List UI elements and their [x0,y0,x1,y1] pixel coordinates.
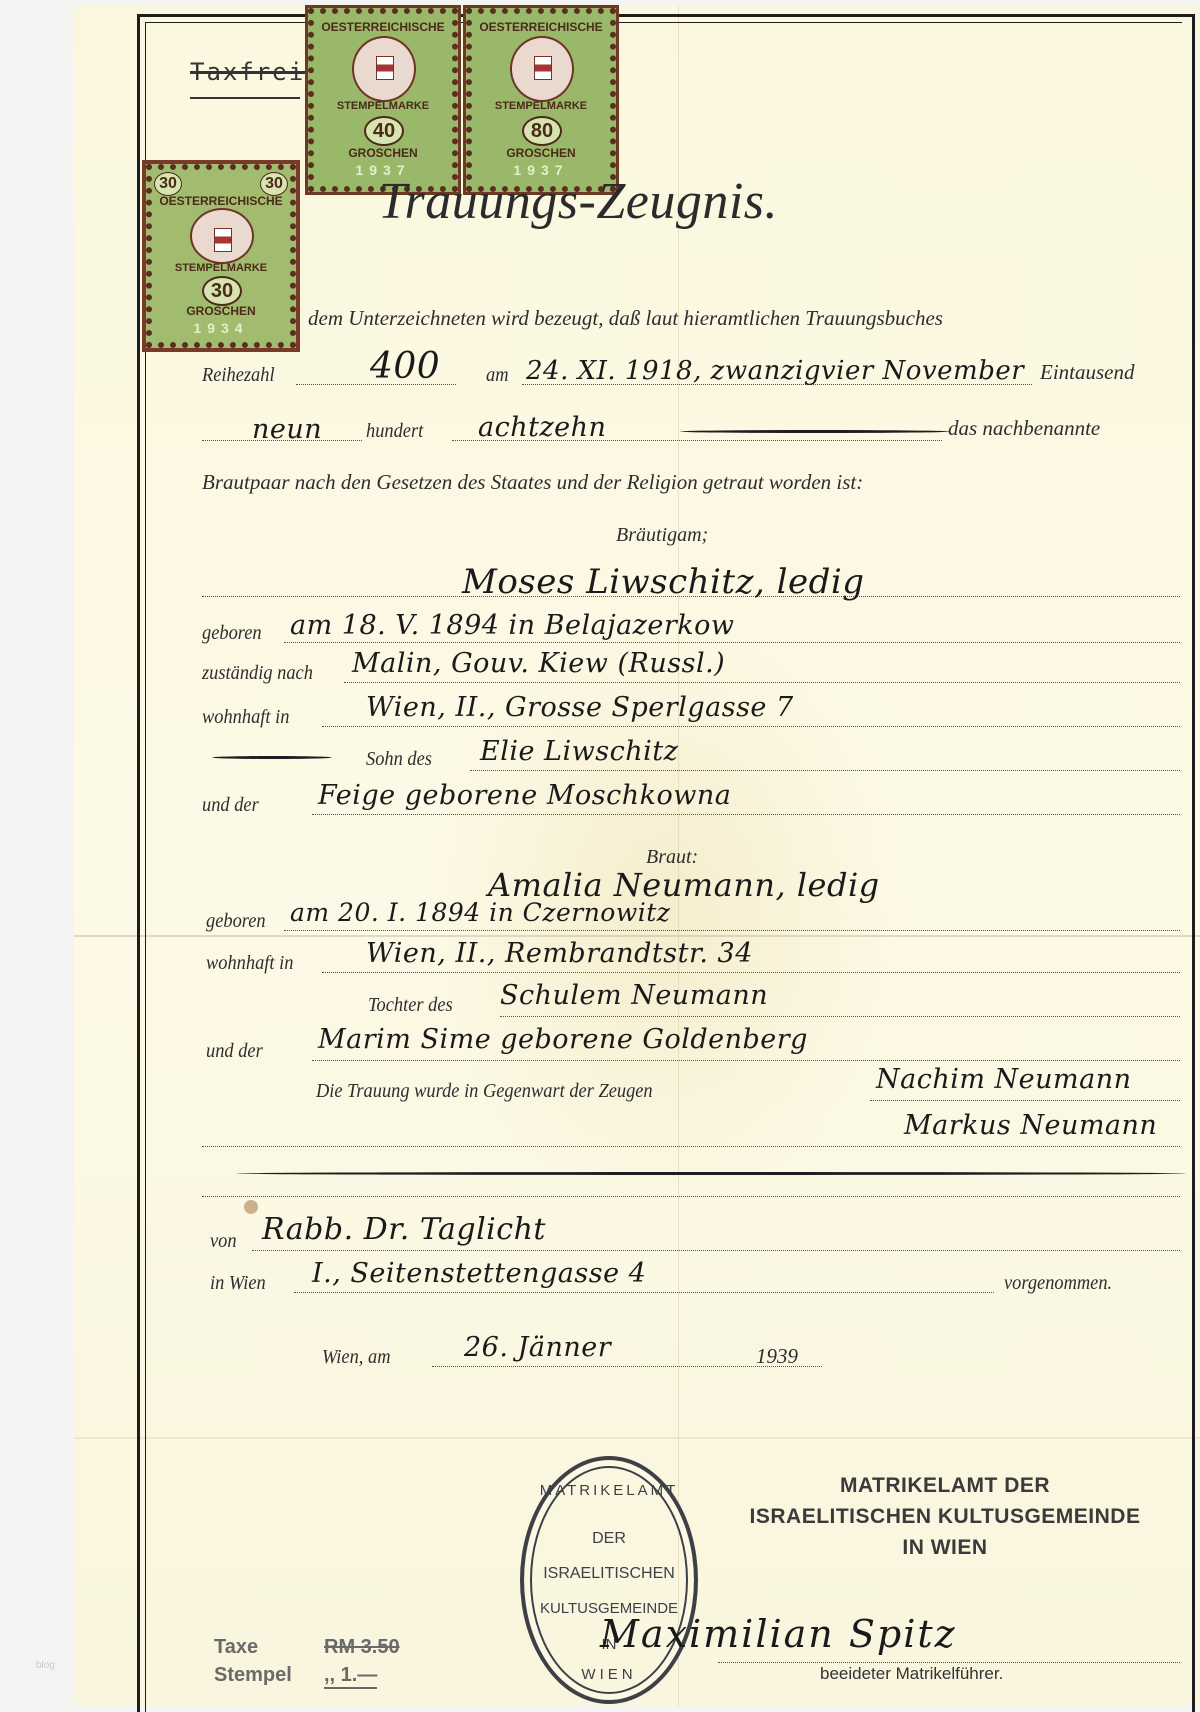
am-label: am [486,364,508,387]
watermark: blog [36,1660,55,1671]
eagle-crest-icon [510,36,574,102]
signature-line [718,1662,1180,1663]
groom-residence-label: wohnhaft in [202,706,289,729]
vorgenommen-label: vorgenommen. [1004,1272,1112,1295]
groom-mother-value: Feige geborene Moschkowna [318,780,731,811]
dotted-line [322,726,1180,727]
fee-taxe-value: RM 3.50 [324,1636,400,1659]
groom-domicile-label: zuständig nach [202,662,313,685]
stamp-value: 30 [202,276,242,306]
dotted-line [344,682,1180,683]
place-value: I., Seitenstettengasse 4 [312,1258,646,1289]
office-line: ISRAELITISCHEN KULTUSGEMEINDE [710,1501,1180,1532]
intro-text: dem Unterzeichneten wird bezeugt, daß la… [308,306,943,331]
groom-mother-label: und der [202,794,259,817]
stamp-value: 40 [364,116,404,146]
seal-line: DER [524,1530,694,1548]
eintausend-label: Eintausend [1040,360,1135,385]
stamp-label: STEMPELMARKE [152,262,290,274]
issued-label: Wien, am [322,1346,390,1369]
stamp-label: STEMPELMARKE [472,100,610,112]
witness-1-name: Nachim Neumann [876,1064,1132,1095]
groom-heading: Bräutigam; [616,524,708,547]
dotted-line [202,1146,1180,1147]
signature: Maximilian Spitz [600,1612,957,1656]
dotted-line [470,770,1180,771]
neun-value: neun [252,414,322,445]
bride-father-label: Tochter des [368,994,453,1017]
handwritten-flourish [680,430,950,433]
groom-father-value: Elie Liwschitz [480,736,678,767]
seal-line: WIEN [524,1666,694,1683]
brautpaar-text: Brautpaar nach den Gesetzen des Staates … [202,470,863,495]
eagle-crest-icon [352,36,416,102]
revenue-stamp-40: OESTERREICHISCHE STEMPELMARKE 40 GROSCHE… [308,8,458,192]
signature-role: beeideter Matrikelführer. [820,1664,1003,1684]
ink-stain [244,1200,258,1214]
document-title: Trauungs-Zeugnis. [378,172,778,231]
crossed-out-header: Taxfrei [190,58,305,86]
dotted-line [252,1250,1180,1251]
fee-taxe-label: Taxe [214,1636,258,1658]
dotted-line [284,642,1180,643]
officiant-value: Rabb. Dr. Taglicht [262,1212,546,1247]
handwritten-flourish [212,756,332,759]
groom-name: Moses Liwschitz, ledig [462,562,865,602]
stamp-corner-value: 30 [260,172,288,196]
dotted-line [322,972,1180,973]
dotted-line [312,1060,1180,1061]
bride-residence-label: wohnhaft in [206,952,293,975]
groom-born-label: geboren [202,622,262,645]
stamp-year: 1934 [152,320,290,336]
handwritten-flourish [236,1172,1186,1175]
stamp-country: OESTERREICHISCHE [472,20,610,34]
dotted-line [202,1196,1180,1197]
bride-born-label: geboren [206,910,266,933]
dotted-line [284,930,1180,931]
place-label: in Wien [210,1272,266,1295]
stamp-corner-value: 30 [154,172,182,196]
fee-taxe: Taxe RM 3.50 [214,1636,258,1659]
seal-arc-text: MATRIKELAMT [524,1482,694,1499]
header-underline [190,97,300,99]
bride-born-value: am 20. I. 1894 in Czernowitz [290,898,670,927]
stamp-value: 80 [522,116,562,146]
groom-domicile-value: Malin, Gouv. Kiew (Russl.) [352,648,725,679]
bride-mother-value: Marim Sime geborene Goldenberg [318,1024,808,1055]
issued-year: 1939 [756,1344,798,1369]
groom-father-label: Sohn des [366,748,432,771]
eagle-crest-icon [190,208,254,264]
stamp-currency: GROSCHEN [314,146,452,160]
official-seal: MATRIKELAMT DER ISRAELITISCHEN KULTUSGEM… [520,1456,698,1704]
office-line: MATRIKELAMT DER [710,1470,1180,1501]
fee-stempel-label: Stempel [214,1664,292,1686]
fee-stempel-value: ,, 1.— [324,1664,377,1689]
stamp-label: STEMPELMARKE [314,100,452,112]
revenue-stamp-30: 30 30 OESTERREICHISCHE STEMPELMARKE 30 G… [146,164,296,348]
stamp-currency: GROSCHEN [472,146,610,160]
officiant-label: von [210,1230,237,1253]
stamp-country: OESTERREICHISCHE [152,194,290,208]
fee-stempel: Stempel ,, 1.— [214,1664,292,1687]
hundert-label: hundert [366,420,423,443]
dotted-line [870,1100,1180,1101]
issued-day-month: 26. Jänner [464,1332,611,1363]
bride-residence-value: Wien, II., Rembrandtstr. 34 [366,938,753,969]
achtzehn-value: achtzehn [478,412,606,443]
dotted-line [312,814,1180,815]
bride-father-value: Schulem Neumann [500,980,768,1011]
dotted-line [500,1016,1180,1017]
reihezahl-value: 400 [370,346,440,387]
groom-residence-value: Wien, II., Grosse Sperlgasse 7 [366,692,794,723]
revenue-stamp-80: OESTERREICHISCHE STEMPELMARKE 80 GROSCHE… [466,8,616,192]
groom-born-value: am 18. V. 1894 in Belajazerkow [290,610,735,641]
reihezahl-label: Reihezahl [202,364,275,387]
nachbenannte-label: das nachbenannte [948,416,1100,441]
stamp-currency: GROSCHEN [152,304,290,318]
dotted-line [294,1292,994,1293]
bride-mother-label: und der [206,1040,263,1063]
seal-line: ISRAELITISCHEN [524,1565,694,1583]
marriage-date-value: 24. XI. 1918, zwanzigvier November [526,356,1024,386]
issuing-office: MATRIKELAMT DER ISRAELITISCHEN KULTUSGEM… [710,1470,1180,1563]
stamp-country: OESTERREICHISCHE [314,20,452,34]
witness-2-name: Markus Neumann [904,1110,1157,1141]
witnesses-label: Die Trauung wurde in Gegenwart der Zeuge… [316,1080,653,1103]
office-line: IN WIEN [710,1532,1180,1563]
